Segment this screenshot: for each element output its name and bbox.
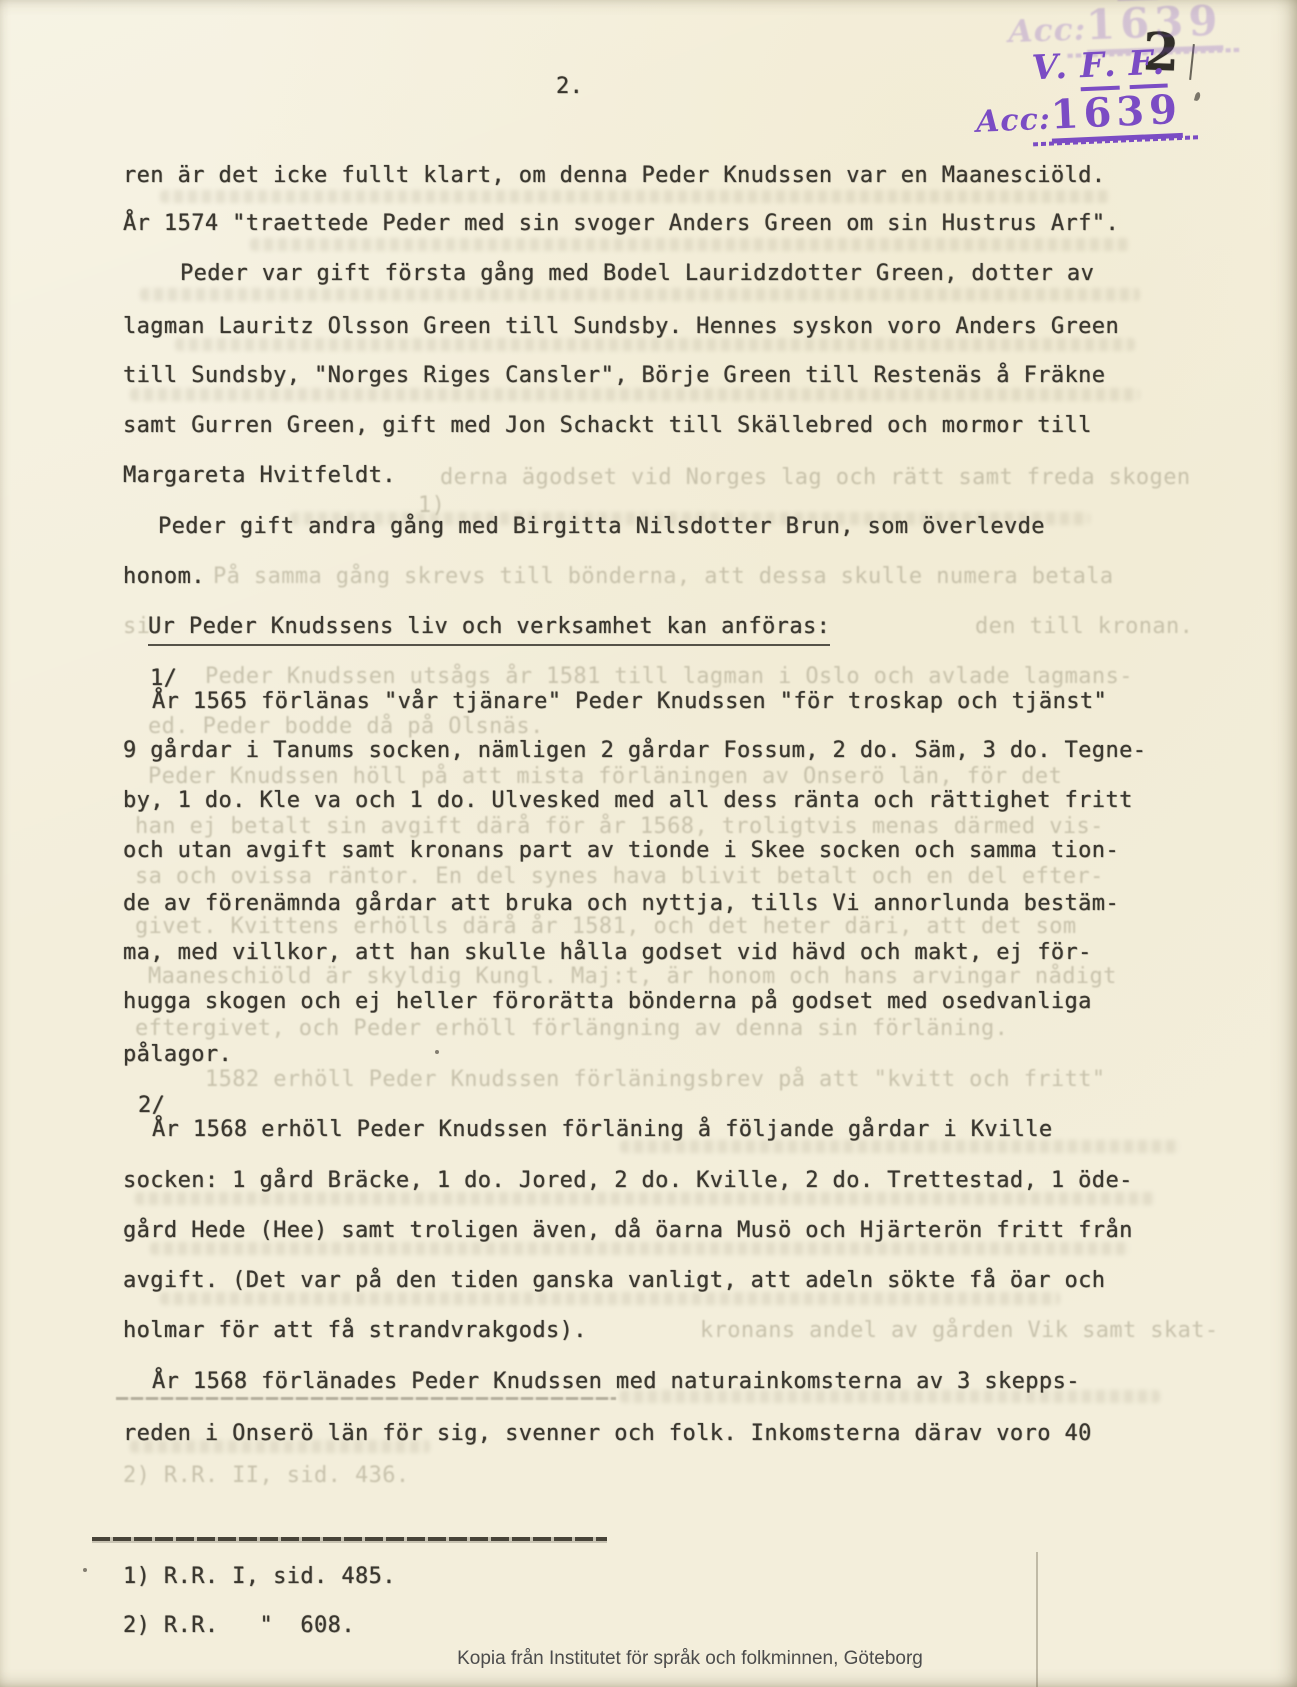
footnote-line: 2) R.R. " 608. — [123, 1612, 355, 1639]
typed-text-line: År 1568 erhöll Peder Knudssen förläning … — [152, 1116, 1053, 1143]
bleedthrough-smudge — [160, 190, 1110, 203]
ghost-text-line: På samma gång skrevs till bönderna, att … — [213, 563, 1114, 590]
typed-text-line: År 1574 "traettede Peder med sin svoger … — [123, 210, 1119, 237]
ghost-text-line: den till kronan. — [975, 613, 1193, 640]
typed-text-line: pålagor. — [123, 1041, 232, 1068]
typed-text-line: till Sundsby, "Norges Riges Cansler", Bö… — [123, 362, 1105, 389]
typed-text-line: de av förenämnda gårdar att bruka och ny… — [123, 890, 1119, 917]
typed-text-line: År 1565 förlänas "vår tjänare" Peder Knu… — [152, 688, 1107, 715]
ghost-text-line: si — [123, 613, 150, 640]
typed-text-line: gård Hede (Hee) samt troligen även, då ö… — [123, 1217, 1133, 1244]
typed-text-line: by, 1 do. Kle va och 1 do. Ulvesked med … — [123, 787, 1133, 814]
typed-text-line: honom. — [123, 563, 205, 590]
typed-text-line: Margareta Hvitfeldt. — [123, 462, 396, 489]
footnote-line: 1) R.R. I, sid. 485. — [123, 1563, 396, 1590]
bleedthrough-smudge — [250, 238, 1130, 251]
ghost-text-line: han ej betalt sin avgift därå för år 156… — [135, 813, 1104, 840]
bleedthrough-smudge — [130, 388, 1140, 401]
typed-text-line: holmar för att få strandvrakgods). — [123, 1317, 587, 1344]
typed-text-line: Peder var gift första gång med Bodel Lau… — [180, 260, 1094, 287]
typed-text-line: 2/ — [138, 1092, 165, 1119]
archive-stamp: V.F.F. Acc:1639 — [973, 41, 1201, 149]
ink-speck — [435, 1050, 439, 1054]
typed-text-line: ren är det icke fullt klart, om denna Pe… — [123, 162, 1105, 189]
ghost-text-line: 1582 erhöll Peder Knudssen förläningsbre… — [205, 1066, 1106, 1093]
typed-text-line: Ur Peder Knudssens liv och verksamhet ka… — [148, 613, 830, 646]
footnote-separator — [92, 1537, 607, 1541]
typed-page-number: 2. — [556, 73, 583, 100]
typed-text-line: ma, med villkor, att han skulle hålla go… — [123, 939, 1092, 966]
typed-text-line: avgift. (Det var på den tiden ganska van… — [123, 1267, 1105, 1294]
bleedthrough-smudge — [140, 288, 1140, 301]
ink-speck — [912, 1662, 915, 1665]
typed-text-line: Peder gift andra gång med Birgitta Nilsd… — [158, 513, 1045, 540]
scan-caption: Kopia från Institutet för språk och folk… — [457, 1648, 923, 1670]
typed-text-line: År 1568 förlänades Peder Knudssen med na… — [152, 1368, 1080, 1395]
stamp-accession-row: Acc:1639 — [975, 85, 1201, 142]
typed-text-line: lagman Lauritz Olsson Green till Sundsby… — [123, 313, 1119, 340]
ghost-text-line: ed. Peder bodde då på Olsnäs. — [148, 713, 544, 740]
paper-edge-line — [1036, 1552, 1038, 1687]
typed-text-line: 9 gårdar i Tanums socken, nämligen 2 går… — [123, 737, 1146, 764]
ink-speck — [83, 1568, 87, 1572]
ghost-text-line: givet. Kvittens erhölls därå år 1581, oc… — [135, 913, 1077, 940]
ghost-text-line: Maaneschiöld är skyldig Kungl. Maj:t, är… — [148, 963, 1117, 990]
ghost-text-line: Peder Knudssen utsågs år 1581 till lagma… — [205, 663, 1133, 690]
typed-text-line: socken: 1 gård Bräcke, 1 do. Jored, 2 do… — [123, 1167, 1133, 1194]
stamp-acc-label: Acc: — [975, 102, 1051, 140]
ghost-text-line: derna ägodset vid Norges lag och rätt sa… — [440, 464, 1190, 491]
ghost-text-line: sa och ovissa räntor. En del synes hava … — [135, 863, 1104, 890]
document-scan: { "page": { "typed_number": "2.", "handw… — [0, 0, 1297, 1687]
ghost-text-line: kronans andel av gården Vik samt skat- — [700, 1317, 1219, 1344]
ghost-text-line: Peder Knudssen höll på att mista förläni… — [148, 763, 1062, 790]
typed-text-line: samt Gurren Green, gift med Jon Schackt … — [123, 412, 1092, 439]
typed-text-line: reden i Onserö län för sig, svenner och … — [123, 1420, 1092, 1447]
stamp-acc-number: 1639 — [1050, 86, 1183, 144]
typed-text-line: hugga skogen och ej heller förorätta bön… — [123, 988, 1092, 1015]
ghost-text-line: eftergivet, och Peder erhöll förlängning… — [135, 1015, 1008, 1042]
typed-text-line: och utan avgift samt kronans part av tio… — [123, 837, 1119, 864]
typed-partial-underline — [116, 1397, 616, 1400]
ghost-text-line: 2) R.R. II, sid. 436. — [123, 1462, 410, 1489]
stamp-initials: V.F.F. — [1031, 41, 1199, 88]
